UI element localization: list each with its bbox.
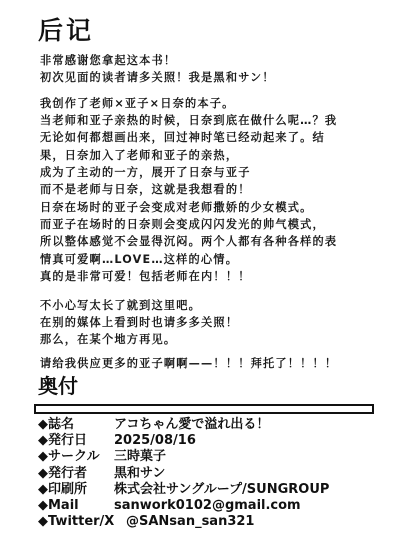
info-value-twitter: @SANsan_san321 [126, 514, 254, 530]
info-label: ◆Mail [38, 498, 114, 514]
info-label: ◆誌名 [38, 417, 114, 433]
afterword-paragraph-3: 日奈在场时的亚子会变成对老师撒娇的少女模式。 而亚子在场时的日奈则会变成闪闪发光… [40, 199, 337, 285]
info-value: 株式会社サングループ/SUNGROUP [114, 482, 329, 498]
info-label: ◆発行者 [38, 466, 114, 482]
afterword-paragraph-5: 请给我供应更多的亚子啊啊——！！！拜托了！！！！ [40, 355, 337, 372]
info-label: ◆サークル [38, 449, 114, 465]
text-line: 真的是非常可爱！包括老师在内！！！ [40, 268, 337, 285]
afterword-title: 后记 [38, 18, 94, 43]
colophon-row-date: ◆発行日 2025/08/16 [38, 433, 329, 449]
info-label: ◆Twitter/X [38, 514, 126, 530]
text-line: 初次见面的读者请多关照！我是黑和サン！ [40, 69, 275, 86]
text-line: 当老师和亚子亲热的时候，日奈到底在做什么呢…？我 [40, 112, 337, 129]
colophon-row-twitter: ◆Twitter/X @SANsan_san321 [38, 514, 329, 530]
text-line: 那么，在某个地方再见。 [40, 331, 238, 348]
colophon-row-mail: ◆Mail sanwork0102@gmail.com [38, 498, 329, 514]
text-line: 请给我供应更多的亚子啊啊——！！！拜托了！！！！ [40, 355, 337, 372]
info-value: アコちゃん愛で溢れ出る！ [114, 417, 269, 433]
colophon-row-circle: ◆サークル 三時菓子 [38, 449, 329, 465]
text-line: 而不是老师与日奈，这就是我想看的！ [40, 181, 337, 198]
colophon-info: ◆誌名 アコちゃん愛で溢れ出る！ ◆発行日 2025/08/16 ◆サークル 三… [38, 417, 329, 530]
text-line: 非常感谢您拿起这本书！ [40, 52, 275, 69]
info-value-email: sanwork0102@gmail.com [114, 498, 301, 514]
afterword-paragraph-4: 不小心写太长了就到这里吧。 在别的媒体上看到时也请多多关照！ 那么，在某个地方再… [40, 297, 238, 349]
colophon-row-title: ◆誌名 アコちゃん愛で溢れ出る！ [38, 417, 329, 433]
text-line: 在别的媒体上看到时也请多多关照！ [40, 314, 238, 331]
info-value: 黒和サン [114, 466, 165, 482]
colophon-row-printer: ◆印刷所 株式会社サングループ/SUNGROUP [38, 482, 329, 498]
text-line: 无论如何都想画出来，回过神时笔已经动起来了。结 [40, 129, 337, 146]
afterword-paragraph-2: 我创作了老师×亚子×日奈的本子。 当老师和亚子亲热的时候，日奈到底在做什么呢…？… [40, 95, 337, 198]
colophon-title: 奥付 [38, 376, 78, 396]
text-line: 不小心写太长了就到这里吧。 [40, 297, 238, 314]
info-label: ◆発行日 [38, 433, 114, 449]
text-line: 我创作了老师×亚子×日奈的本子。 [40, 95, 337, 112]
text-line: 成为了主动的一方，展开了日奈与亚子 [40, 164, 337, 181]
text-line: 所以整体感觉不会显得沉闷。两个人都有各种各样的表 [40, 233, 337, 250]
afterword-paragraph-1: 非常感谢您拿起这本书！ 初次见面的读者请多关照！我是黑和サン！ [40, 52, 275, 86]
text-line: 而亚子在场时的日奈则会变成闪闪发光的帅气模式， [40, 216, 337, 233]
text-line: 日奈在场时的亚子会变成对老师撒娇的少女模式。 [40, 199, 337, 216]
info-label: ◆印刷所 [38, 482, 114, 498]
colophon-row-publisher: ◆発行者 黒和サン [38, 466, 329, 482]
text-line: 果，日奈加入了老师和亚子的亲热， [40, 147, 337, 164]
info-value: 2025/08/16 [114, 433, 196, 449]
colophon-divider-bar [34, 404, 374, 414]
info-value: 三時菓子 [114, 449, 166, 465]
text-line: 情真可爱啊…LOVE…这样的心情。 [40, 251, 337, 268]
